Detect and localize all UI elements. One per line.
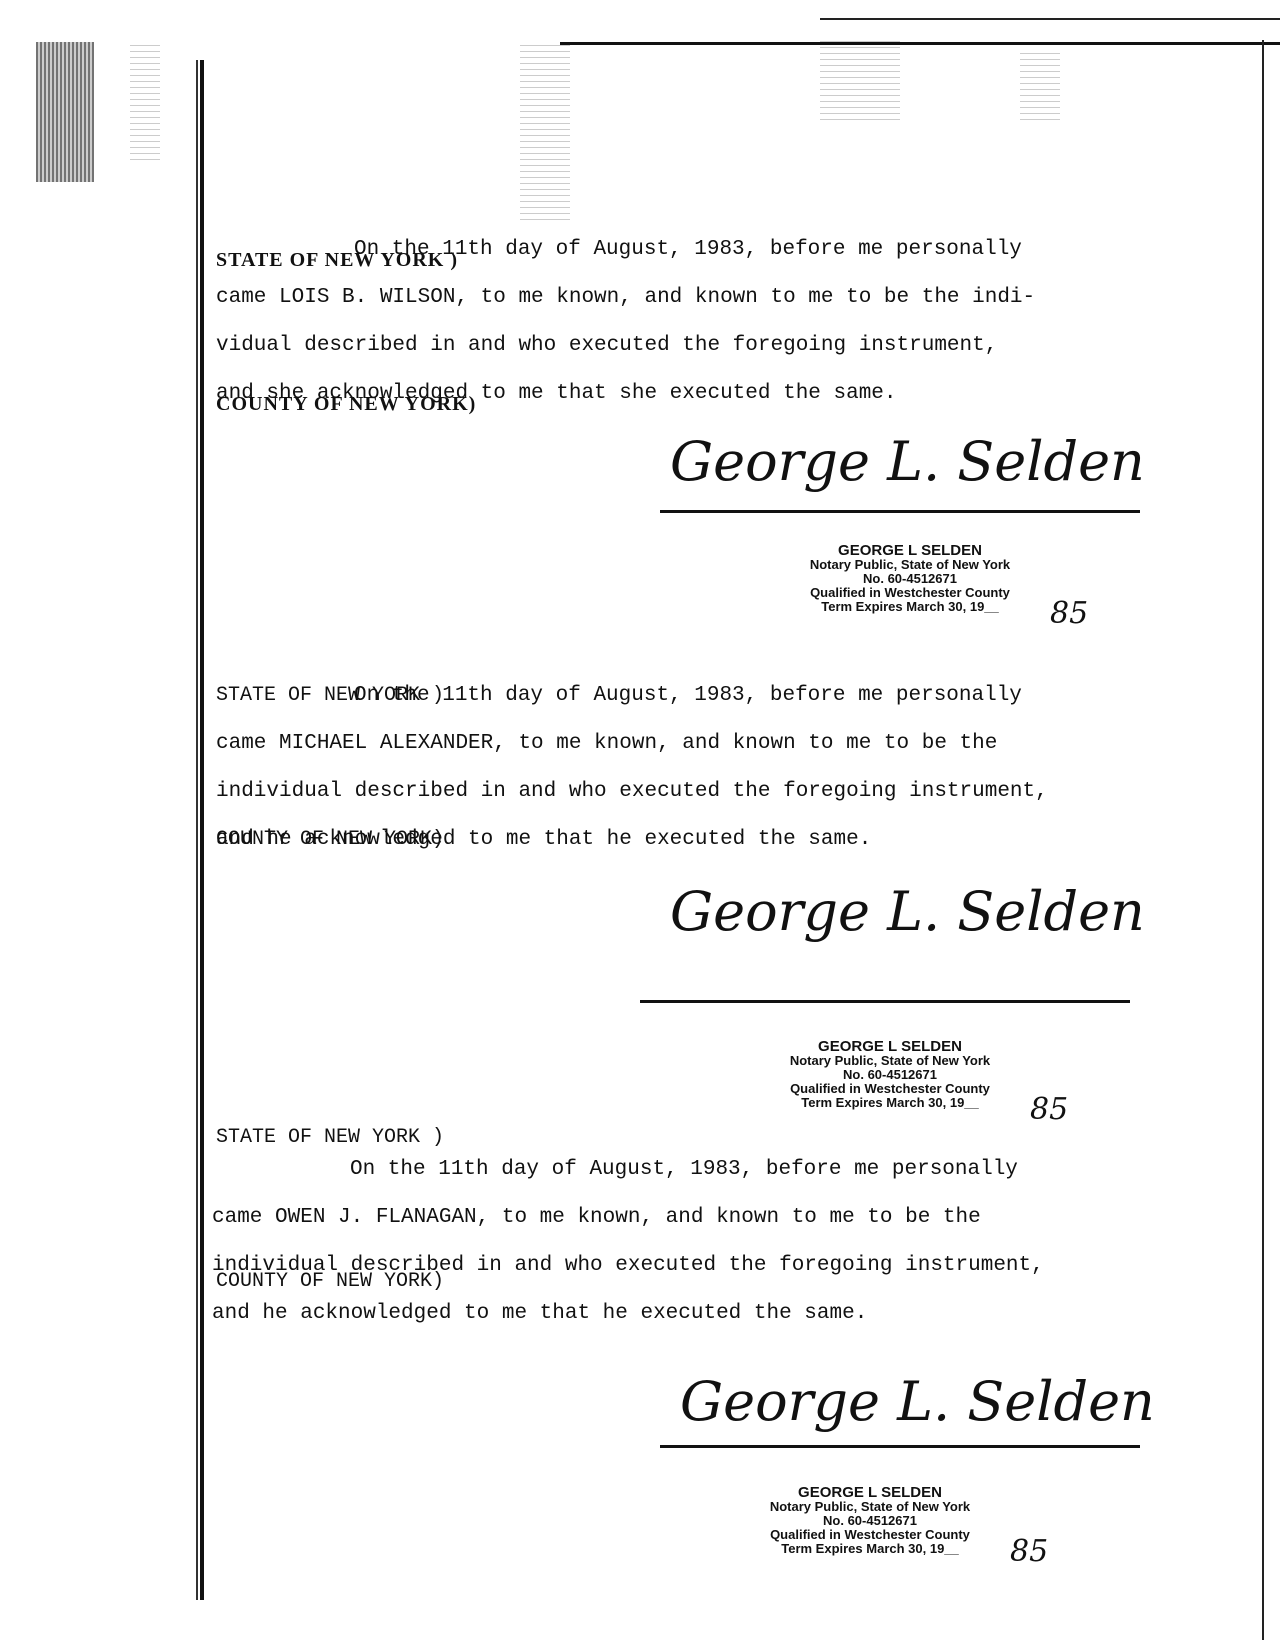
- stamp-title: Notary Public, State of New York: [740, 1500, 1000, 1514]
- paragraph-line: and he acknowledged to me that he execut…: [216, 816, 1206, 864]
- stamp-title: Notary Public, State of New York: [780, 558, 1040, 572]
- scan-smudge: [36, 42, 94, 182]
- term-year: 85: [1010, 1534, 1048, 1569]
- margin-rule: [200, 60, 204, 1600]
- paragraph-line: and she acknowledged to me that she exec…: [216, 370, 1206, 418]
- stamp-term: Term Expires March 30, 19__: [740, 1542, 1000, 1556]
- notary-stamp: GEORGE L SELDEN Notary Public, State of …: [760, 1040, 1020, 1110]
- document-page: STATE OF NEW YORK ) COUNTY OF NEW YORK) …: [0, 0, 1280, 1648]
- term-year: 85: [1050, 596, 1088, 631]
- paragraph-line: individual described in and who executed…: [212, 1242, 1202, 1290]
- signature-line: [640, 1000, 1130, 1003]
- stamp-title: Notary Public, State of New York: [760, 1054, 1020, 1068]
- term-year: 85: [1030, 1092, 1068, 1127]
- paragraph-line: came LOIS B. WILSON, to me known, and kn…: [216, 274, 1206, 322]
- notary-stamp: GEORGE L SELDEN Notary Public, State of …: [740, 1486, 1000, 1556]
- scan-noise: [520, 40, 570, 220]
- stamp-number: No. 60-4512671: [760, 1068, 1020, 1082]
- acknowledgment-paragraph-3: On the 11th day of August, 1983, before …: [212, 1146, 1202, 1338]
- paragraph-line: vidual described in and who executed the…: [216, 322, 1206, 370]
- stamp-number: No. 60-4512671: [780, 572, 1040, 586]
- paragraph-line: and he acknowledged to me that he execut…: [212, 1290, 1202, 1338]
- notary-signature: George L. Selden: [680, 1370, 1155, 1433]
- paragraph-line: On the 11th day of August, 1983, before …: [212, 1146, 1202, 1194]
- paragraph-line: individual described in and who executed…: [216, 768, 1206, 816]
- signature-line: [660, 510, 1140, 513]
- stamp-number: No. 60-4512671: [740, 1514, 1000, 1528]
- margin-rule: [1262, 40, 1264, 1640]
- stamp-qualified: Qualified in Westchester County: [740, 1528, 1000, 1542]
- stamp-name: GEORGE L SELDEN: [740, 1486, 1000, 1500]
- paragraph-line: On the 11th day of August, 1983, before …: [216, 672, 1206, 720]
- stamp-qualified: Qualified in Westchester County: [780, 586, 1040, 600]
- signature-line: [660, 1445, 1140, 1448]
- paragraph-line: came OWEN J. FLANAGAN, to me known, and …: [212, 1194, 1202, 1242]
- stamp-name: GEORGE L SELDEN: [780, 544, 1040, 558]
- stamp-term: Term Expires March 30, 19__: [780, 600, 1040, 614]
- stamp-term: Term Expires March 30, 19__: [760, 1096, 1020, 1110]
- paragraph-line: came MICHAEL ALEXANDER, to me known, and…: [216, 720, 1206, 768]
- stamp-name: GEORGE L SELDEN: [760, 1040, 1020, 1054]
- margin-rule: [196, 60, 198, 1600]
- paragraph-line: On the 11th day of August, 1983, before …: [216, 226, 1206, 274]
- scan-rule: [560, 42, 1280, 45]
- notary-signature: George L. Selden: [670, 430, 1145, 493]
- scan-rule: [820, 18, 1280, 20]
- acknowledgment-paragraph-2: On the 11th day of August, 1983, before …: [216, 672, 1206, 864]
- scan-noise: [1020, 50, 1060, 120]
- notary-signature: George L. Selden: [670, 880, 1145, 943]
- stamp-qualified: Qualified in Westchester County: [760, 1082, 1020, 1096]
- scan-noise: [130, 40, 160, 160]
- scan-noise: [820, 40, 900, 120]
- acknowledgment-paragraph-1: On the 11th day of August, 1983, before …: [216, 226, 1206, 418]
- notary-stamp: GEORGE L SELDEN Notary Public, State of …: [780, 544, 1040, 614]
